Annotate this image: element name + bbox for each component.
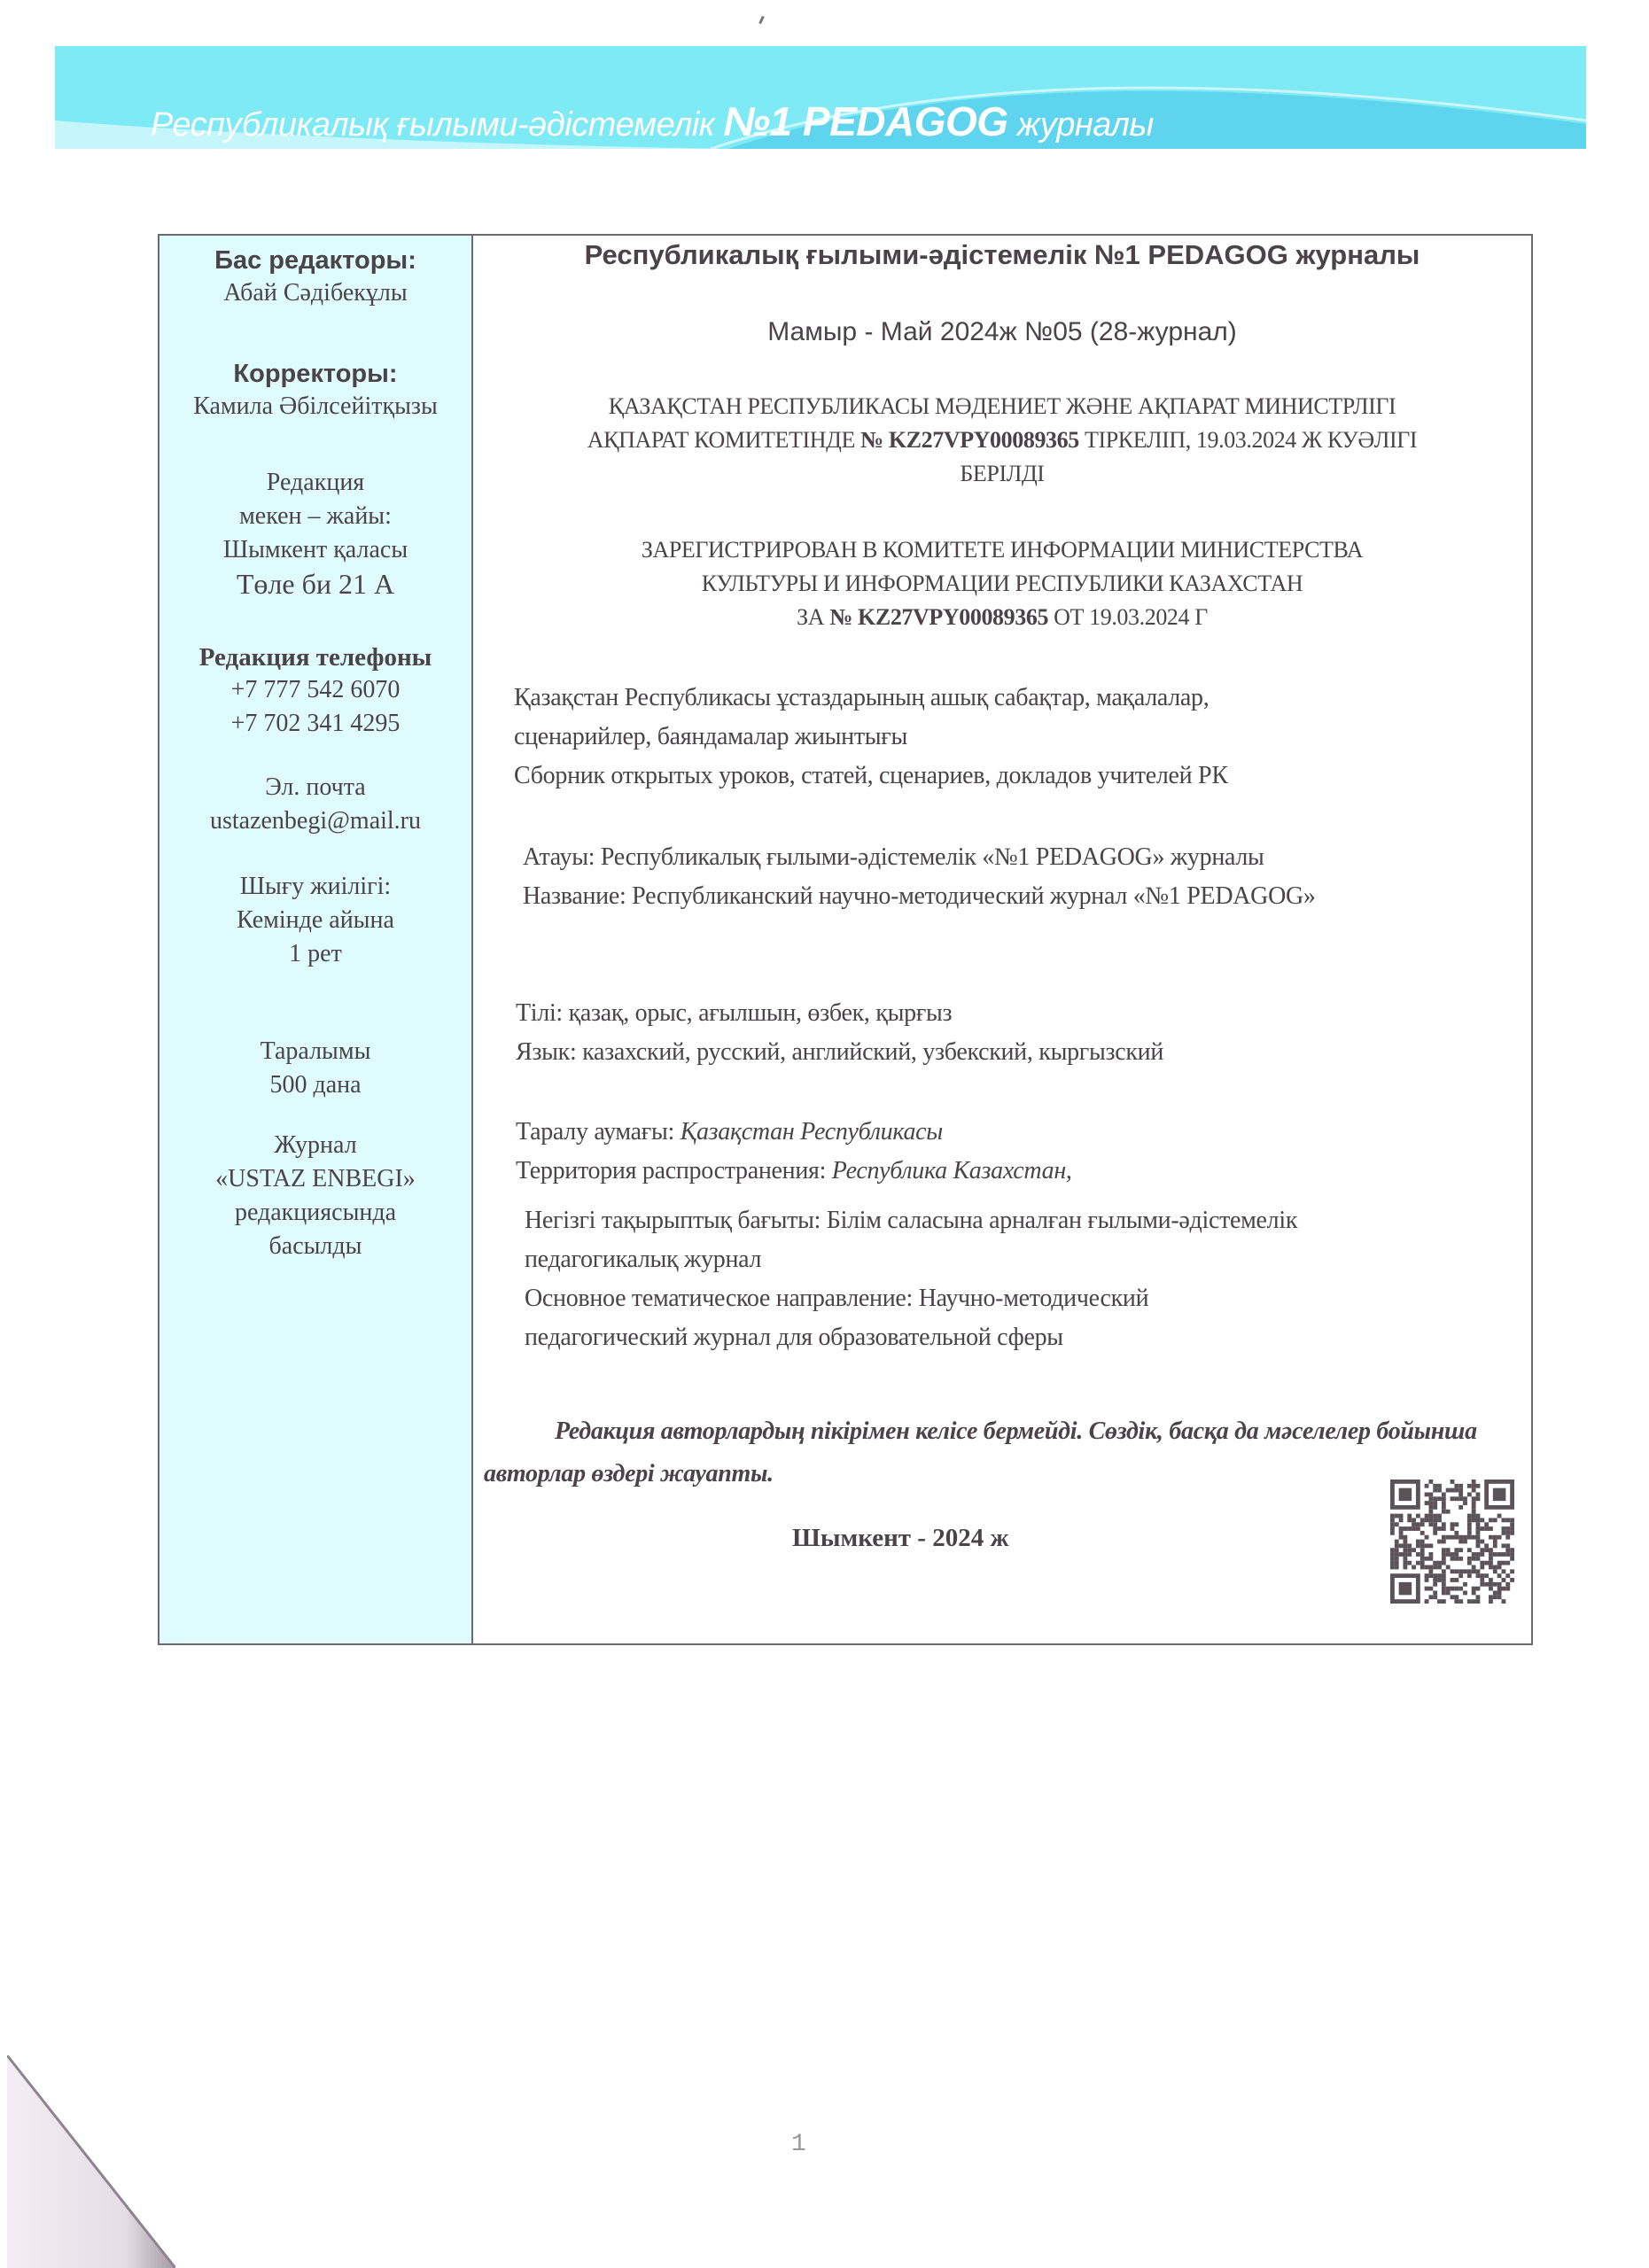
banner-prefix: Республикалық ғылыми-әдістемелік (151, 106, 714, 144)
name-ru: Название: Республиканский научно-методич… (523, 877, 1316, 916)
registration-number: № KZ27VPY00089365 (829, 604, 1048, 630)
chief-editor-label: Бас редакторы: (159, 245, 471, 276)
page-number: 1 (791, 2131, 806, 2158)
address-line: Редакция (159, 466, 471, 500)
registration-number: № KZ27VPY00089365 (860, 427, 1079, 453)
printed-by-block: Журнал «USTAZ ENBEGI» редакциясында басы… (159, 1129, 471, 1263)
frequency-line: Шығу жиілігі: (159, 870, 471, 904)
banner-brand: №1 PEDAGOG (723, 98, 1007, 144)
languages: Тілі: қазақ, орыс, ағылшын, өзбек, қырғы… (516, 994, 1163, 1072)
theme-ru-line: педагогический журнал для образовательно… (525, 1318, 1297, 1357)
city-year: Шымкент - 2024 ж (792, 1524, 1009, 1553)
banner-title: Республикалық ғылыми-әдістемелік №1 PEDA… (151, 97, 1154, 145)
address-line: Шымкент қаласы (159, 533, 471, 567)
qr-code-icon[interactable] (1387, 1480, 1518, 1604)
address-block: Редакция мекен – жайы: Шымкент қаласы Тө… (159, 466, 471, 601)
territory: Таралу аумағы: Қазақстан Республикасы Те… (516, 1113, 1072, 1191)
registration-kz-line: ҚАЗАҚСТАН РЕСПУБЛИКАСЫ МӘДЕНИЕТ ЖӘНЕ АҚП… (473, 390, 1531, 423)
printed-line: редакциясында (159, 1196, 471, 1230)
scan-speck (758, 16, 765, 24)
registration-ru-line: ЗАРЕГИСТРИРОВАН В КОМИТЕТЕ ИНФОРМАЦИИ МИ… (473, 533, 1531, 567)
email-label: Эл. почта (159, 771, 471, 804)
collection-kz-line: сценарийлер, баяндамалар жиынтығы (514, 718, 1228, 757)
email-block: Эл. почта ustazenbegi@mail.ru (159, 771, 471, 838)
journal-name: Атауы: Республикалық ғылыми-әдістемелік … (523, 838, 1316, 916)
printed-line: Журнал (159, 1129, 471, 1162)
editorial-sidebar: Бас редакторы: Абай Сәдібекұлы Корректор… (159, 236, 473, 1643)
registration-kz: ҚАЗАҚСТАН РЕСПУБЛИКАСЫ МӘДЕНИЕТ ЖӘНЕ АҚП… (473, 390, 1531, 491)
chief-editor-name: Абай Сәдібекұлы (159, 276, 471, 310)
chief-editor-block: Бас редакторы: Абай Сәдібекұлы (159, 245, 471, 310)
page-curl-icon (7, 2055, 175, 2268)
address-line: Төле би 21 А (159, 567, 471, 601)
phone-number: +7 702 341 4295 (159, 707, 471, 741)
frequency-line: 1 рет (159, 937, 471, 971)
registration-kz-line: АҚПАРАТ КОМИТЕТІНДЕ № KZ27VPY00089365 ТІ… (473, 423, 1531, 457)
collection-description: Қазақстан Республикасы ұстаздарының ашық… (514, 679, 1228, 796)
frequency-block: Шығу жиілігі: Кемінде айына 1 рет (159, 870, 471, 971)
frequency-line: Кемінде айына (159, 904, 471, 937)
proofreaders-block: Корректоры: Камила Әбілсейітқызы (159, 358, 471, 423)
proofreader-name: Камила Әбілсейітқызы (159, 390, 471, 423)
theme-ru-line: Основное тематическое направление: Научн… (525, 1279, 1297, 1318)
imprint-main: Республикалық ғылыми-әдістемелік №1 PEDA… (473, 236, 1531, 1643)
journal-banner: Республикалық ғылыми-әдістемелік №1 PEDA… (55, 46, 1586, 149)
circulation-line: 500 дана (159, 1068, 471, 1102)
theme-kz-line: Негізгі тақырыптық бағыты: Білім саласын… (525, 1201, 1297, 1240)
collection-kz-line: Қазақстан Республикасы ұстаздарының ашық… (514, 679, 1228, 718)
email-address[interactable]: ustazenbegi@mail.ru (159, 804, 471, 838)
registration-ru-line: КУЛЬТУРЫ И ИНФОРМАЦИИ РЕСПУБЛИКИ КАЗАХСТ… (473, 567, 1531, 601)
journal-title: Республикалық ғылыми-әдістемелік №1 PEDA… (473, 239, 1531, 271)
proofreaders-label: Корректоры: (159, 358, 471, 390)
banner-suffix: журналы (1017, 106, 1154, 144)
name-kz: Атауы: Республикалық ғылыми-әдістемелік … (523, 838, 1316, 877)
phones-label: Редакция телефоны (159, 641, 471, 673)
address-line: мекен – жайы: (159, 500, 471, 533)
territory-kz: Таралу аумағы: Қазақстан Республикасы (516, 1113, 1072, 1152)
phones-block: Редакция телефоны +7 777 542 6070 +7 702… (159, 641, 471, 741)
issue-info: Мамыр - Май 2024ж №05 (28-журнал) (473, 317, 1531, 347)
phone-number: +7 777 542 6070 (159, 673, 471, 707)
registration-kz-line: БЕРІЛДІ (473, 457, 1531, 491)
registration-ru-line: ЗА № KZ27VPY00089365 ОТ 19.03.2024 Г (473, 601, 1531, 634)
imprint-table: Бас редакторы: Абай Сәдібекұлы Корректор… (158, 234, 1533, 1645)
collection-ru-line: Сборник открытых уроков, статей, сценари… (514, 757, 1228, 796)
territory-ru: Территория распространения: Республика К… (516, 1152, 1072, 1191)
printed-line: басылды (159, 1230, 471, 1263)
languages-kz: Тілі: қазақ, орыс, ағылшын, өзбек, қырғы… (516, 994, 1163, 1033)
circulation-block: Таралымы 500 дана (159, 1035, 471, 1102)
printed-line: «USTAZ ENBEGI» (159, 1162, 471, 1196)
circulation-line: Таралымы (159, 1035, 471, 1068)
editorial-disclaimer: Редакция авторлардың пікірімен келісе бе… (484, 1410, 1521, 1495)
thematic-direction: Негізгі тақырыптық бағыты: Білім саласын… (525, 1201, 1297, 1357)
registration-ru: ЗАРЕГИСТРИРОВАН В КОМИТЕТЕ ИНФОРМАЦИИ МИ… (473, 533, 1531, 634)
languages-ru: Язык: казахский, русский, английский, уз… (516, 1033, 1163, 1072)
theme-kz-line: педагогикалық журнал (525, 1240, 1297, 1279)
